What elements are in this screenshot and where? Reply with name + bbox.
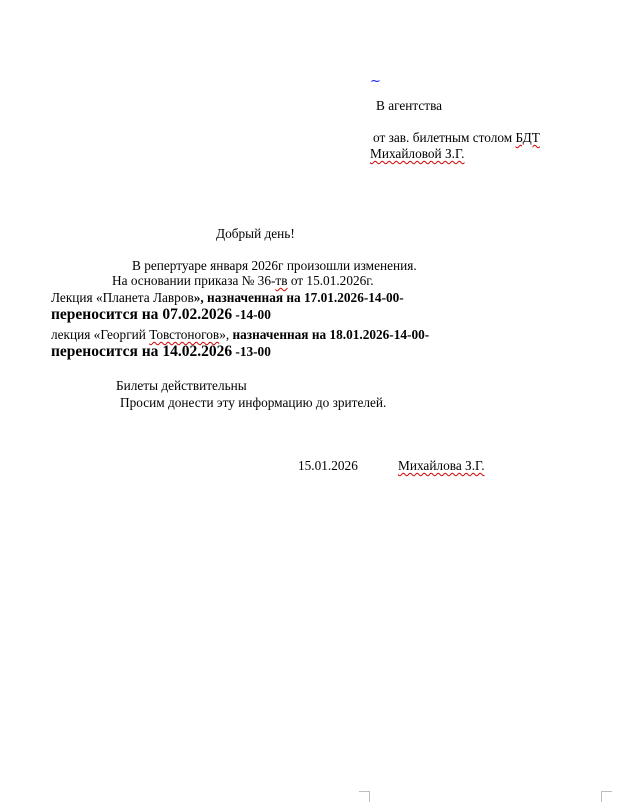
lecture-2-line: лекция «Георгий Товстоногов», назначенна… (51, 327, 429, 343)
request-text: Просим донести эту информацию до зрителе… (120, 395, 386, 411)
greeting: Добрый день! (216, 226, 295, 242)
sender-line-2: Михайловой З.Г. (370, 146, 465, 162)
lecture-2-moved: переносится на 14.02.2026 -13-00 (51, 344, 271, 360)
page-margin-corner-icon (601, 791, 612, 802)
lecture-1-line: Лекция «Планета Лавров», назначенная на … (51, 290, 404, 306)
tickets-valid: Билеты действительны (116, 378, 247, 394)
footer-date: 15.01.2026 (298, 458, 358, 474)
autocorrect-marker-icon: ~ (370, 74, 381, 89)
basis-text: На основании приказа № 36-тв от 15.01.20… (112, 273, 374, 289)
page-margin-corner-icon (359, 791, 370, 802)
lecture-1-moved: переносится на 07.02.2026 -14-00 (51, 307, 271, 323)
spellcheck-word: БДТ (516, 130, 540, 145)
spellcheck-word: Михайловой З.Г. (370, 146, 465, 161)
recipient: В агентства (376, 98, 442, 114)
sender-line-1: от зав. билетным столом БДТ (373, 130, 540, 146)
intro-text: В репертуаре января 2026г произошли изме… (132, 258, 417, 274)
footer-signature: Михайлова З.Г. (398, 458, 485, 474)
spellcheck-word: Товстоногов (149, 327, 219, 342)
